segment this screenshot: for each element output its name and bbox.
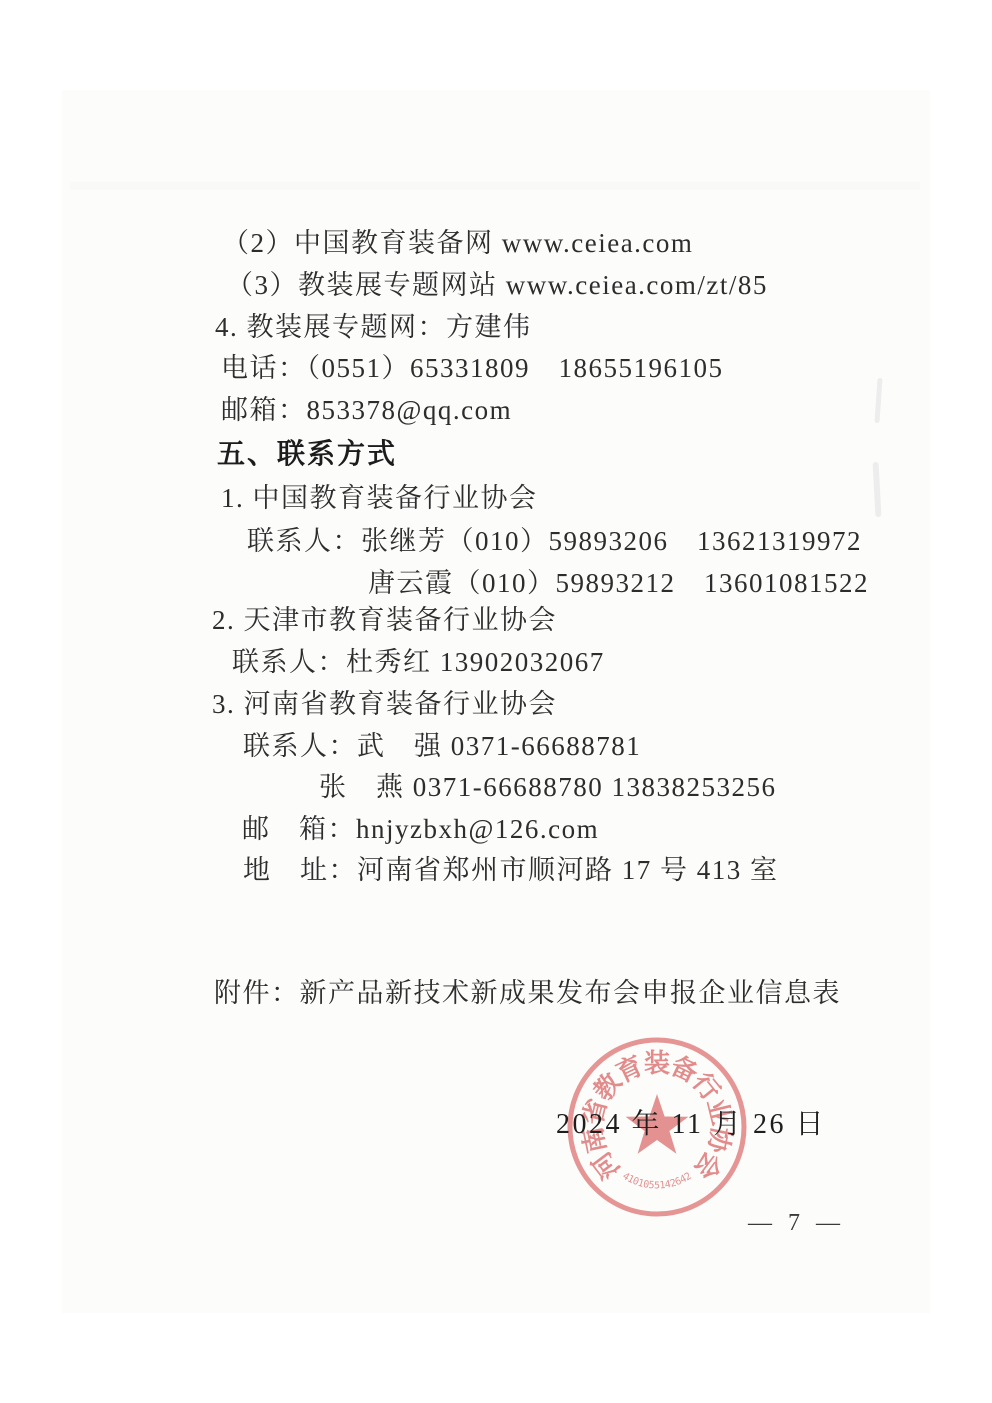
- item-4-phone: 电话：（0551）65331809 18655196105: [221, 351, 724, 385]
- contact-1-org: 1. 中国教育装备行业协会: [221, 481, 538, 515]
- stamp-code-number: 4101055142642: [620, 1171, 693, 1192]
- page-number: — 7 —: [748, 1210, 845, 1237]
- publicity-item-2: （2）中国教育装备网 www.ceiea.com: [222, 226, 693, 260]
- item-4-title: 4. 教装展专题网：方建伟: [215, 310, 532, 344]
- contact-3-email: 邮 箱：hnjyzbxh@126.com: [242, 812, 599, 846]
- section-5-heading: 五、联系方式: [217, 437, 397, 471]
- document-page: （2）中国教育装备网 www.ceiea.com （3）教装展专题网站 www.…: [0, 0, 992, 1403]
- contact-3-person-1: 联系人：武 强 0371-66688781: [243, 729, 641, 763]
- publicity-item-3: （3）教装展专题网站 www.ceiea.com/zt/85: [226, 268, 768, 302]
- attachment-line: 附件：新产品新技术新成果发布会申报企业信息表: [214, 976, 841, 1010]
- contact-3-person-2: 张 燕 0371-66688780 13838253256: [319, 770, 777, 804]
- item-4-email: 邮箱：853378@qq.com: [221, 393, 512, 427]
- svg-text:装: 装: [644, 1049, 670, 1078]
- document-date: 2024 年 11 月 26 日: [556, 1102, 826, 1142]
- contact-1-person-2: 唐云霞（010）59893212 13601081522: [368, 566, 869, 600]
- contact-2-person-1: 联系人：杜秀红 13902032067: [232, 645, 605, 679]
- contact-2-org: 2. 天津市教育装备行业协会: [212, 603, 557, 637]
- contact-3-address: 地 址：河南省郑州市顺河路 17 号 413 室: [243, 853, 779, 887]
- contact-3-org: 3. 河南省教育装备行业协会: [212, 687, 557, 721]
- scan-noise-band: [70, 182, 920, 190]
- contact-1-person-1: 联系人：张继芳（010）59893206 13621319972: [247, 524, 862, 558]
